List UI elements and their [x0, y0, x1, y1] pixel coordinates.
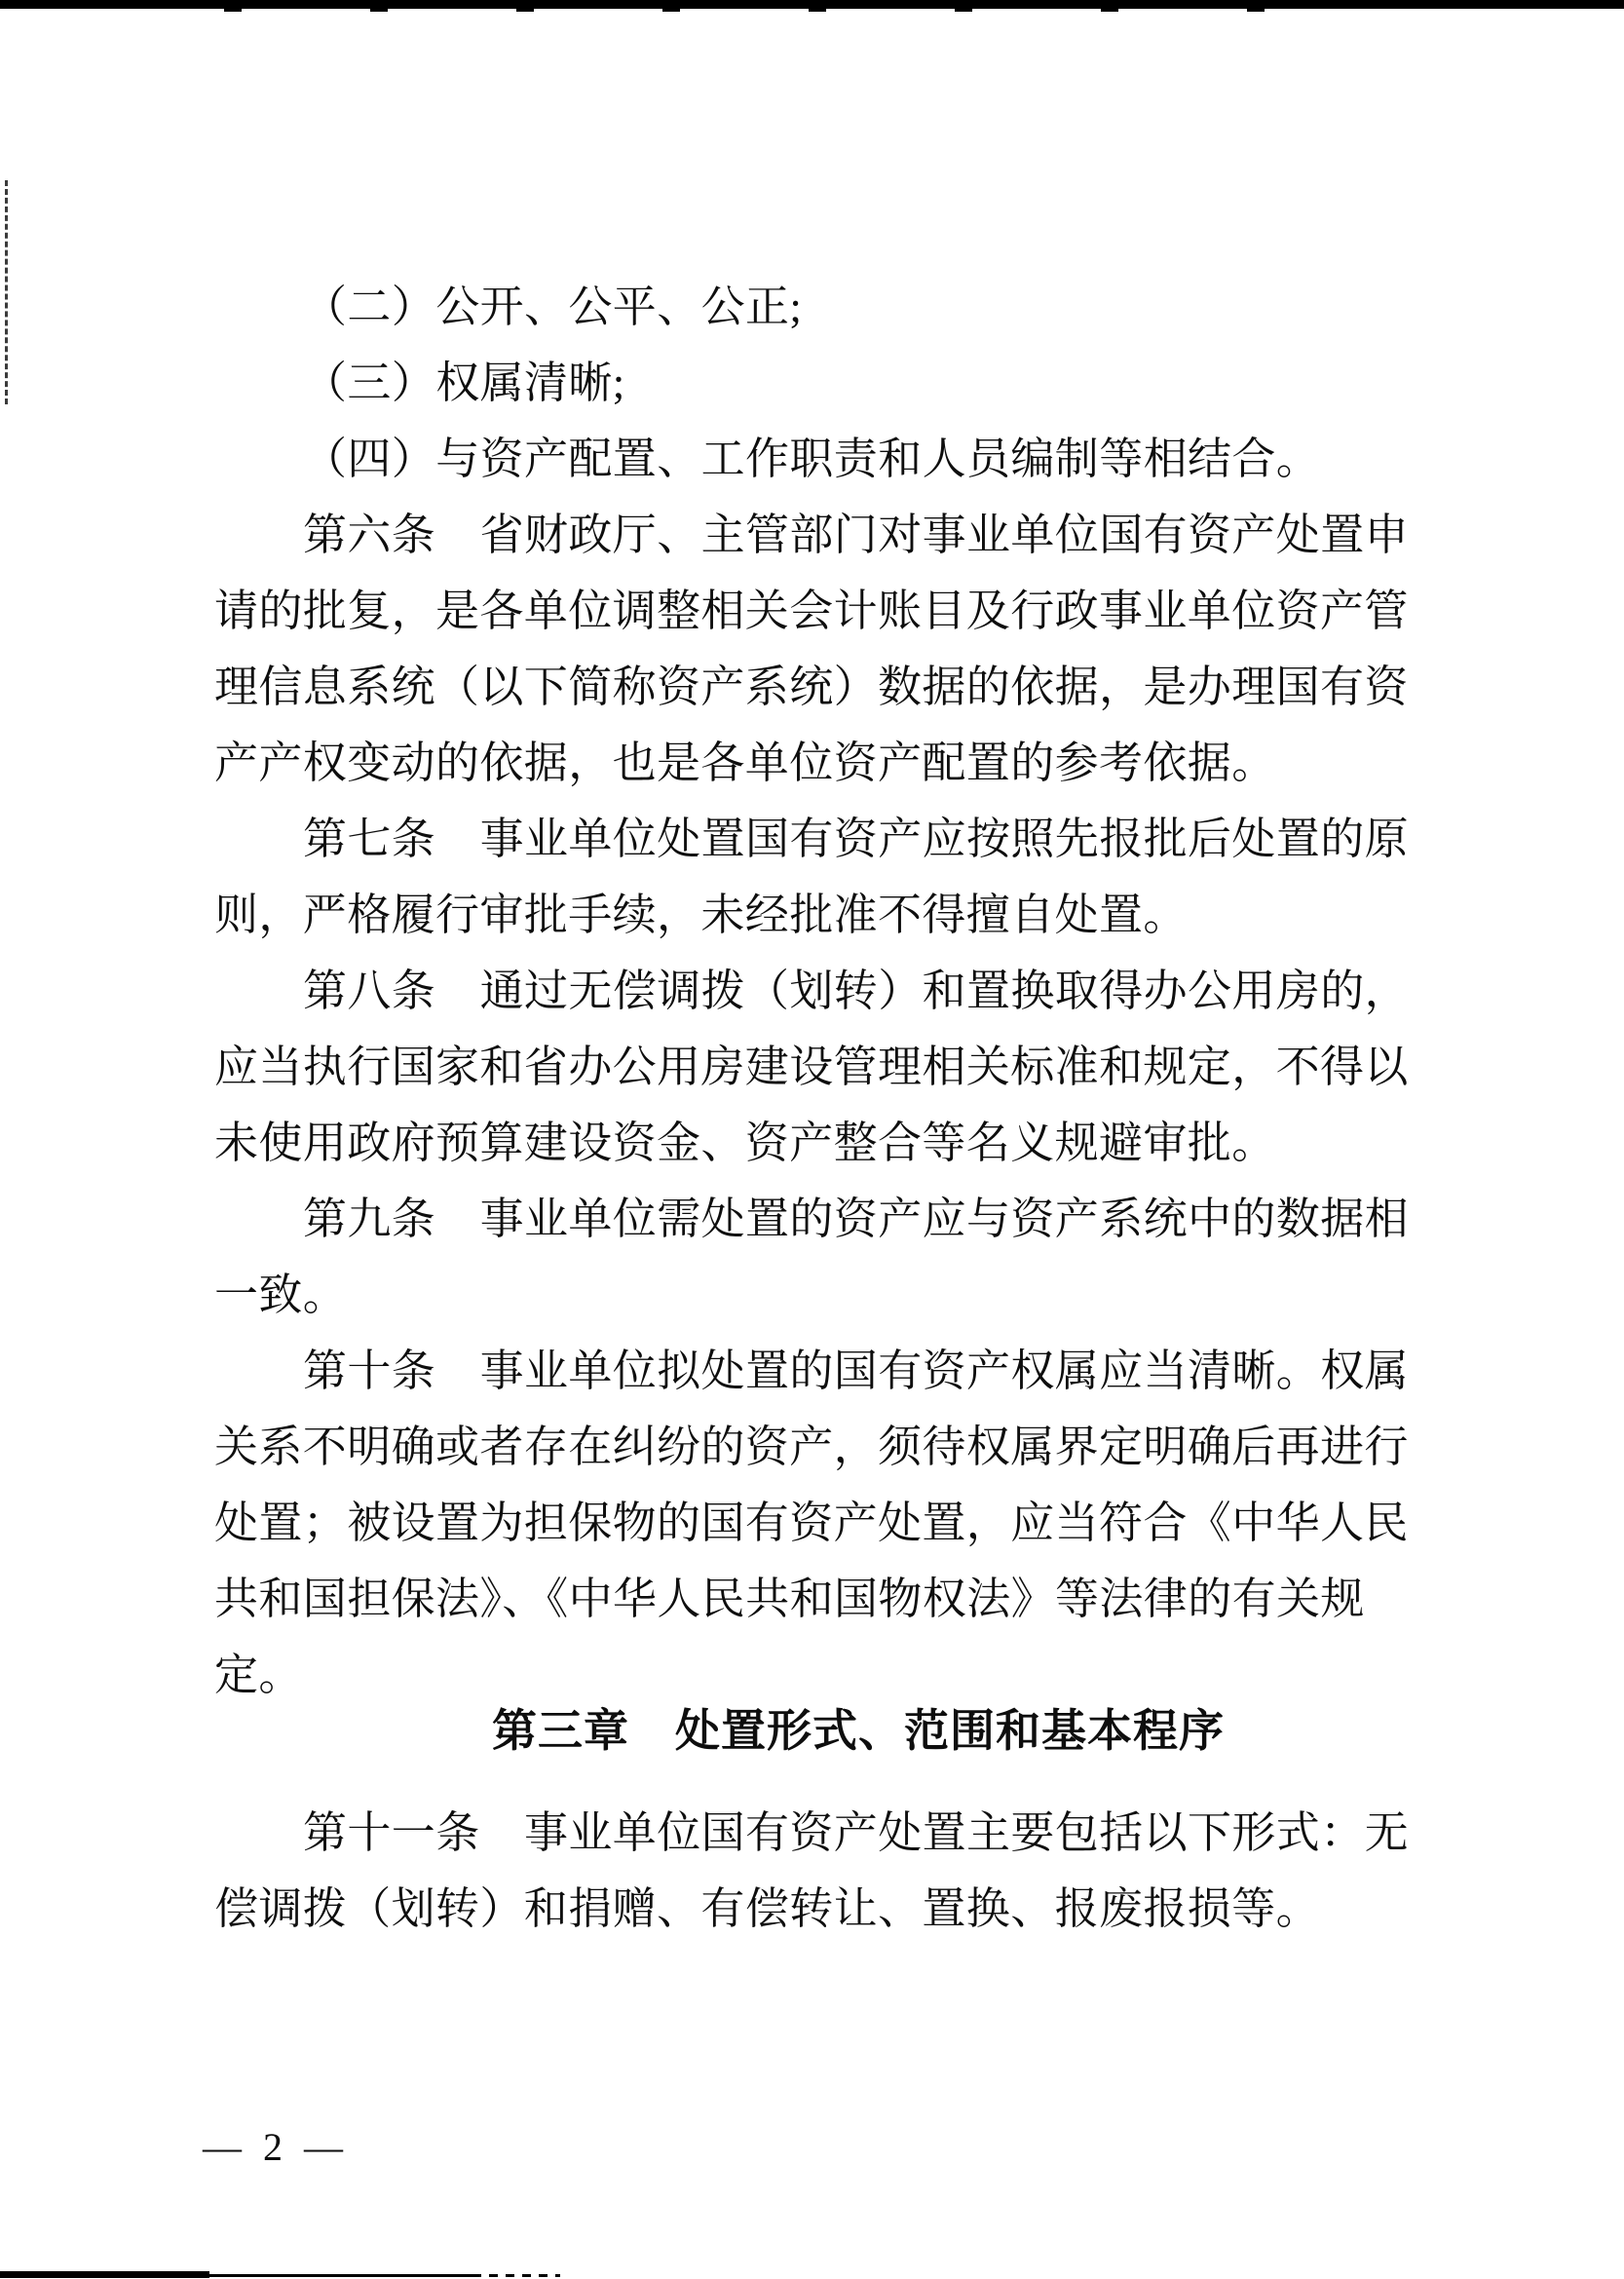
text-line: 一致。: [214, 1257, 1393, 1333]
page-number: — 2 —: [203, 2122, 349, 2173]
scanned-document-page: （二）公开、公平、公正; （三）权属清晰; （四）与资产配置、工作职责和人员编制…: [0, 0, 1624, 2279]
text-line: 偿调拨（划转）和捐赠、有偿转让、置换、报废报损等。: [214, 1871, 1393, 1947]
text-line: 则，严格履行审批手续，未经批准不得擅自处置。: [214, 877, 1393, 953]
left-margin-scan-artifact: [5, 180, 8, 404]
text-line: （二）公开、公平、公正;: [214, 269, 1393, 345]
document-body-continued: 第十一条 事业单位国有资产处置主要包括以下形式：无 偿调拨（划转）和捐赠、有偿转…: [214, 1795, 1393, 1947]
top-scan-edge-artifact: [0, 0, 1624, 9]
text-line: 未使用政府预算建设资金、资产整合等名义规避审批。: [214, 1105, 1393, 1181]
text-line: （四）与资产配置、工作职责和人员编制等相结合。: [214, 421, 1393, 497]
document-body: （二）公开、公平、公正; （三）权属清晰; （四）与资产配置、工作职责和人员编制…: [214, 269, 1393, 1713]
text-line: 产产权变动的依据，也是各单位资产配置的参考依据。: [214, 725, 1393, 801]
text-line: 共和国担保法》、《中华人民共和国物权法》等法律的有关规: [214, 1561, 1393, 1637]
text-line: 第六条 省财政厅、主管部门对事业单位国有资产处置申: [214, 497, 1393, 573]
text-line: 关系不明确或者存在纠纷的资产，须待权属界定明确后再进行: [214, 1409, 1393, 1485]
text-line: 处置；被设置为担保物的国有资产处置，应当符合《中华人民: [214, 1485, 1393, 1561]
text-line: 第七条 事业单位处置国有资产应按照先报批后处置的原: [214, 801, 1393, 877]
text-line: 应当执行国家和省办公用房建设管理相关标准和规定，不得以: [214, 1029, 1393, 1105]
text-line: 理信息系统（以下简称资产系统）数据的依据，是办理国有资: [214, 649, 1393, 725]
text-line: 请的批复，是各单位调整相关会计账目及行政事业单位资产管: [214, 573, 1393, 649]
text-line: 第九条 事业单位需处置的资产应与资产系统中的数据相: [214, 1181, 1393, 1257]
text-line: 第八条 通过无偿调拨（划转）和置换取得办公用房的，: [214, 953, 1393, 1029]
bottom-scan-edge-artifact: [472, 2274, 560, 2277]
text-line: （三）权属清晰;: [214, 345, 1393, 421]
bottom-scan-edge-artifact: [0, 2271, 209, 2278]
text-line: 第十一条 事业单位国有资产处置主要包括以下形式：无: [214, 1795, 1393, 1871]
chapter-heading: 第三章 处置形式、范围和基本程序: [492, 1692, 1225, 1768]
bottom-scan-edge-artifact: [209, 2274, 472, 2277]
text-line: 第十条 事业单位拟处置的国有资产权属应当清晰。权属: [214, 1333, 1393, 1409]
